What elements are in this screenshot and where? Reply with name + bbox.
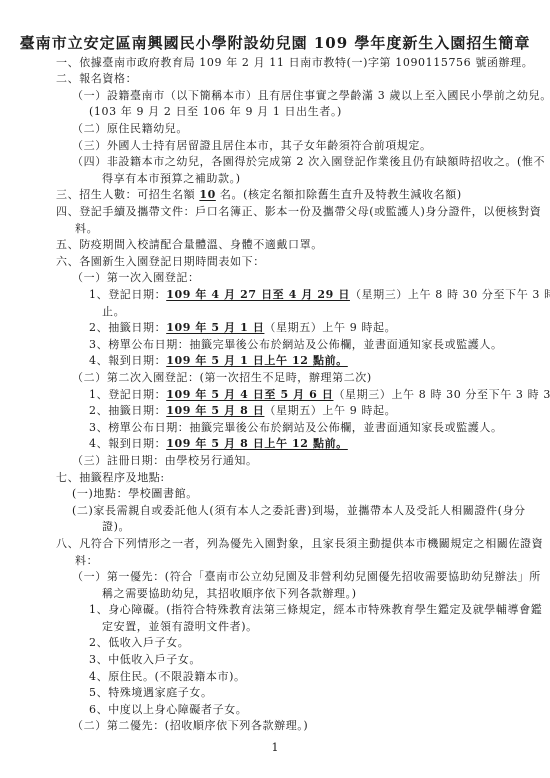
priority-step-1-cont: 定安置，並領有證明文件者)。 <box>0 619 550 636</box>
section-8-cont: 料： <box>0 553 550 570</box>
registration-date: 109 年 5 月 4 日至 5 月 6 日 <box>166 388 333 401</box>
document-title: 臺南市立安定區南興國民小學附設幼兒園 109 學年度新生入園招生簡章 <box>0 34 550 52</box>
item-text: 原住民籍幼兒。 <box>107 122 188 135</box>
registration-date: 109 年 4 月 27 日至 4 月 29 日 <box>166 288 350 301</box>
second-registration-step-3: 3、榜單公布日期：抽籤完畢後公布於網站及公佈欄，並書面通知家長或監護人。 <box>0 420 550 437</box>
item-text-continued: 得享有本市預算之補助款。) <box>102 172 241 185</box>
step-text-continued: 定安置，並領有證明文件者)。 <box>102 620 258 633</box>
step-marker: 3、 <box>89 421 108 434</box>
eligibility-item-4-cont: 得享有本市預算之補助款。) <box>0 171 550 188</box>
second-registration-step-1: 1、登記日期：109 年 5 月 4 日至 5 月 6 日（星期三）上午 8 時… <box>0 387 550 404</box>
section-6: 六、各園新生入園登記日期時間表如下： <box>0 254 550 271</box>
priority-step-3: 3、中低收入戶子女。 <box>0 652 550 669</box>
eligibility-item-3: （三）外國人士持有居留證且居住本市，其子女年齡須符合前項規定。 <box>0 138 550 155</box>
step-label: 榜單公布日期： <box>108 421 189 434</box>
first-registration-step-2: 2、抽籤日期：109 年 5 月 1 日（星期五）上午 9 時起。 <box>0 320 550 337</box>
item-text: 第一優先：(符合「臺南市公立幼兒園及非營利幼兒園優先招收需要協助幼兒辦法」所 <box>107 570 541 583</box>
section-4-cont: 料。 <box>0 221 550 238</box>
step-marker: 4、 <box>89 437 108 450</box>
item-marker: （四） <box>72 155 107 168</box>
item-text: 註冊日期：由學校另行通知。 <box>107 454 258 467</box>
step-marker: 2、 <box>89 636 108 649</box>
eligibility-item-1: （一）設籍臺南市（以下簡稱本市）且有居住事實之學齡滿 3 歲以上至入國民小學前之… <box>0 88 550 105</box>
step-label: 榜單公布日期： <box>108 338 189 351</box>
step-marker: 2、 <box>89 404 108 417</box>
section-text: 各園新生入園登記日期時間表如下： <box>79 255 265 268</box>
step-marker: 1、 <box>89 603 108 616</box>
item-text: 第二優先：(招收順序依下列各款辦理。) <box>107 719 308 732</box>
document-body: 一、依據臺南市政府教育局 109 年 2 月 11 日南市教特(一)字第 109… <box>0 55 550 735</box>
priority-step-5: 5、特殊境遇家庭子女。 <box>0 685 550 702</box>
section-5: 五、防疫期間入校請配合量體溫、身體不適戴口罩。 <box>0 237 550 254</box>
lottery-attendance: (二)家長需親自或委託他人(須有本人之委託書)到場，並攜帶本人及受託人相關證件(… <box>0 503 550 520</box>
first-registration-step-3: 3、榜單公布日期：抽籤完畢後公布於網站及公佈欄，並書面通知家長或監護人。 <box>0 337 550 354</box>
section-7: 七、抽籤程序及地點: <box>0 470 550 487</box>
item-marker: （二） <box>72 122 107 135</box>
step-text: 低收入戶子女。 <box>108 636 189 649</box>
step-text: 特殊境遇家庭子女。 <box>108 686 212 699</box>
section-text: 凡符合下列情形之一者，列為優先入園對象，且家長須主動提供本市機關規定之相關佐證資 <box>79 537 543 550</box>
item-marker: （一） <box>72 570 107 583</box>
first-registration: （一）第一次入園登記： <box>0 270 550 287</box>
section-marker: 二、 <box>56 72 79 85</box>
step-text: 身心障礙。(指符合特殊教育法第三條規定，經本市特殊教育學生鑑定及就學輔導會鑑 <box>108 603 542 616</box>
item-text: 家長需親自或委託他人(須有本人之委託書)到場，並攜帶本人及受託人相關證件(身分 <box>93 504 525 517</box>
step-label: 抽籤日期： <box>108 321 166 334</box>
section-marker: 八、 <box>56 537 79 550</box>
item-marker: （二） <box>72 719 107 732</box>
step-text: 抽籤完畢後公布於網站及公佈欄，並書面通知家長或監護人。 <box>189 338 502 351</box>
lottery-location: (一)地點：學校圖書館。 <box>0 486 550 503</box>
item-marker: （一） <box>72 271 107 284</box>
item-text-continued: 證)。 <box>102 520 130 533</box>
section-heading: 報名資格： <box>79 72 137 85</box>
item-note: (103 年 9 月 2 日至 106 年 9 月 1 日出生者。) <box>89 105 342 118</box>
lottery-date: 109 年 5 月 8 日 <box>166 404 264 417</box>
second-registration-step-2: 2、抽籤日期：109 年 5 月 8 日（星期五）上午 9 時起。 <box>0 403 550 420</box>
first-registration-step-1: 1、登記日期：109 年 4 月 27 日至 4 月 29 日（星期三）上午 8… <box>0 287 550 304</box>
item-marker: （三） <box>72 139 107 152</box>
section-heading: 抽籤程序及地點: <box>79 471 165 484</box>
step-label: 登記日期： <box>108 388 166 401</box>
step-marker: 1、 <box>89 388 108 401</box>
registration-notice: （三）註冊日期：由學校另行通知。 <box>0 453 550 470</box>
step-marker: 3、 <box>89 338 108 351</box>
section-text: 招生人數：可招生名額 <box>79 188 199 201</box>
priority-step-4: 4、原住民。(不限設籍本市)。 <box>0 669 550 686</box>
item-text: 第二次入園登記：(第一次招生不足時，辦理第二次) <box>107 371 372 384</box>
section-marker: 五、 <box>56 238 79 251</box>
lottery-date: 109 年 5 月 1 日 <box>166 321 264 334</box>
step-text: 中低收入戶子女。 <box>108 653 201 666</box>
section-2: 二、報名資格： <box>0 71 550 88</box>
priority-step-2: 2、低收入戶子女。 <box>0 635 550 652</box>
report-date: 109 年 5 月 1 日上午 12 點前。 <box>166 354 348 367</box>
section-marker: 一、 <box>56 56 79 69</box>
step-text: （星期五）上午 9 時起。 <box>264 321 396 334</box>
step-marker: 5、 <box>89 686 108 699</box>
step-label: 登記日期： <box>108 288 166 301</box>
first-priority: （一）第一優先：(符合「臺南市公立幼兒園及非營利幼兒園優先招收需要協助幼兒辦法」… <box>0 569 550 586</box>
step-label: 報到日期： <box>108 437 166 450</box>
second-registration-step-4: 4、報到日期：109 年 5 月 8 日上午 12 點前。 <box>0 436 550 453</box>
lottery-attendance-cont: 證)。 <box>0 519 550 536</box>
section-marker: 七、 <box>56 471 79 484</box>
section-text: 防疫期間入校請配合量體溫、身體不適戴口罩。 <box>79 238 323 251</box>
item-marker: (一) <box>72 487 93 500</box>
section-4: 四、登記手續及攜帶文件：戶口名簿正、影本一份及攜帶父母(或監護人)身分證件，以便… <box>0 204 550 221</box>
step-text-continued: 止。 <box>102 305 125 318</box>
step-marker: 6、 <box>89 703 108 716</box>
item-text: 第一次入園登記： <box>107 271 200 284</box>
report-date: 109 年 5 月 8 日上午 12 點前。 <box>166 437 348 450</box>
section-text-continued: 料： <box>75 554 98 567</box>
step-marker: 2、 <box>89 321 108 334</box>
section-1: 一、依據臺南市政府教育局 109 年 2 月 11 日南市教特(一)字第 109… <box>0 55 550 72</box>
step-marker: 4、 <box>89 354 108 367</box>
item-text: 設籍臺南市（以下簡稱本市）且有居住事實之學齡滿 3 歲以上至入國民小學前之幼兒。 <box>107 89 550 102</box>
item-text: 外國人士持有居留證且居住本市，其子女年齡須符合前項規定。 <box>107 139 432 152</box>
section-text: 名。(核定名額扣除舊生直升及特教生減收名額) <box>216 188 462 201</box>
page-number: 1 <box>0 741 550 755</box>
step-marker: 4、 <box>89 670 108 683</box>
first-priority-cont: 稱之需要協助幼兒，其招收順序依下列各款辦理。) <box>0 586 550 603</box>
section-marker: 六、 <box>56 255 79 268</box>
enrollment-count: 10 <box>199 188 216 201</box>
first-registration-step-4: 4、報到日期：109 年 5 月 1 日上午 12 點前。 <box>0 353 550 370</box>
second-priority: （二）第二優先：(招收順序依下列各款辦理。) <box>0 718 550 735</box>
priority-step-1: 1、身心障礙。(指符合特殊教育法第三條規定，經本市特殊教育學生鑑定及就學輔導會鑑 <box>0 602 550 619</box>
step-text: 中度以上身心障礙者子女。 <box>108 703 247 716</box>
item-marker: （一） <box>72 89 107 102</box>
eligibility-item-4: （四）非設籍本市之幼兒，各園得於完成第 2 次入園登記作業後且仍有缺額時招收之。… <box>0 154 550 171</box>
section-marker: 三、 <box>56 188 79 201</box>
step-marker: 1、 <box>89 288 108 301</box>
section-text: 依據臺南市政府教育局 109 年 2 月 11 日南市教特(一)字第 10901… <box>79 56 533 69</box>
section-3: 三、招生人數：可招生名額 10 名。(核定名額扣除舊生直升及特教生減收名額) <box>0 187 550 204</box>
step-text: 原住民。(不限設籍本市)。 <box>108 670 245 683</box>
item-text-continued: 稱之需要協助幼兒，其招收順序依下列各款辦理。) <box>102 587 357 600</box>
item-marker: (二) <box>72 504 93 517</box>
step-text: （星期五）上午 9 時起。 <box>264 404 396 417</box>
step-text: 抽籤完畢後公布於網站及公佈欄，並書面通知家長或監護人。 <box>189 421 502 434</box>
step-label: 抽籤日期： <box>108 404 166 417</box>
section-marker: 四、 <box>56 205 79 218</box>
first-registration-step-1-cont: 止。 <box>0 304 550 321</box>
eligibility-item-1-note: (103 年 9 月 2 日至 106 年 9 月 1 日出生者。) <box>0 104 550 121</box>
step-text: （星期三）上午 8 時 30 分至下午 3 時 30 分止。 <box>333 388 550 401</box>
step-marker: 3、 <box>89 653 108 666</box>
section-text-continued: 料。 <box>75 222 98 235</box>
section-text: 登記手續及攜帶文件：戶口名簿正、影本一份及攜帶父母(或監護人)身分證件，以便核對… <box>79 205 541 218</box>
item-text: 非設籍本市之幼兒，各園得於完成第 2 次入園登記作業後且仍有缺額時招收之。(惟不 <box>107 155 545 168</box>
item-text: 地點：學校圖書館。 <box>93 487 197 500</box>
eligibility-item-2: （二）原住民籍幼兒。 <box>0 121 550 138</box>
second-registration: （二）第二次入園登記：(第一次招生不足時，辦理第二次) <box>0 370 550 387</box>
document-page: 臺南市立安定區南興國民小學附設幼兒園 109 學年度新生入園招生簡章 一、依據臺… <box>0 0 550 778</box>
section-8: 八、凡符合下列情形之一者，列為優先入園對象，且家長須主動提供本市機關規定之相關佐… <box>0 536 550 553</box>
item-marker: （三） <box>72 454 107 467</box>
step-text: （星期三）上午 8 時 30 分至下午 3 時 30 分 <box>350 288 550 301</box>
item-marker: （二） <box>72 371 107 384</box>
priority-step-6: 6、中度以上身心障礙者子女。 <box>0 702 550 719</box>
step-label: 報到日期： <box>108 354 166 367</box>
